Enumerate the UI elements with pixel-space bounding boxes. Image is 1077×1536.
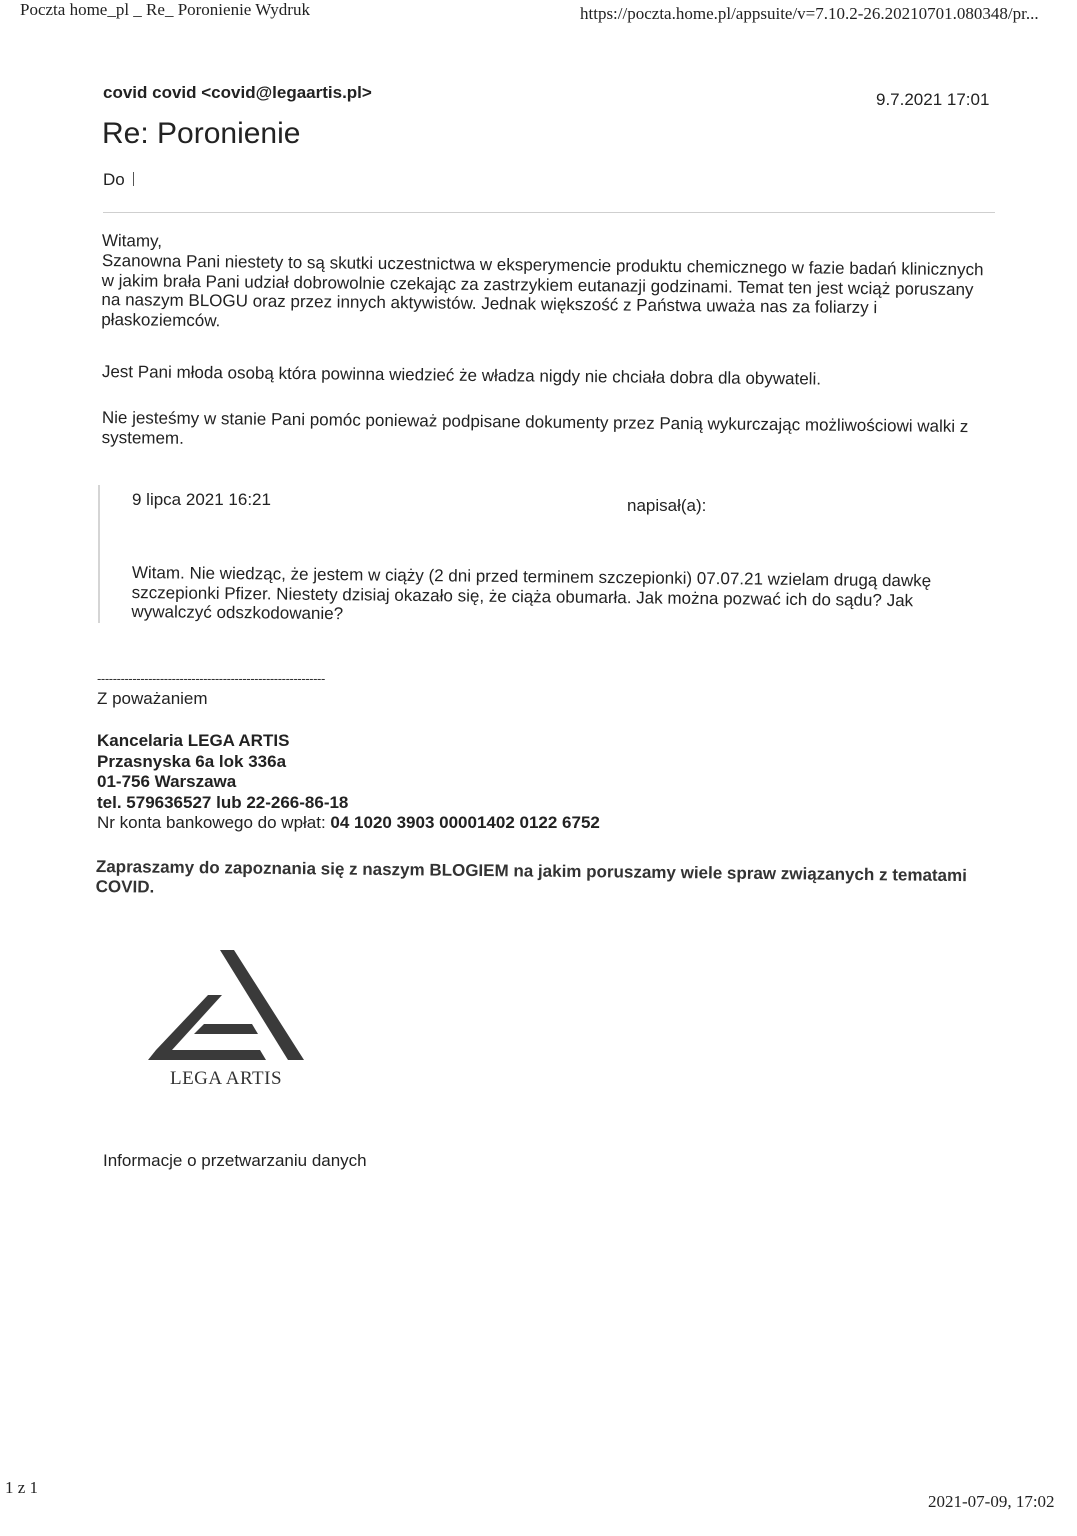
- email-to-recipient-redacted: [133, 172, 134, 186]
- print-header-url: https://poczta.home.pl/appsuite/v=7.10.2…: [580, 4, 1039, 24]
- quoted-wrote-label: napisał(a):: [627, 496, 706, 516]
- print-header-title: Poczta home_pl _ Re_ Poronienie Wydruk: [20, 0, 310, 20]
- email-date: 9.7.2021 17:01: [876, 90, 989, 110]
- print-page-count: 1 z 1: [5, 1478, 38, 1498]
- signature-bank-label: Nr konta bankowego do wpłat:: [97, 813, 330, 832]
- logo-text: LEGA ARTIS: [146, 1068, 306, 1090]
- signature-phone: tel. 579636527 lub 22-266-86-18: [97, 793, 600, 814]
- data-processing-info-link[interactable]: Informacje o przetwarzaniu danych: [103, 1151, 367, 1171]
- signature-company: Kancelaria LEGA ARTIS: [97, 731, 600, 752]
- lega-artis-logo: LEGA ARTIS: [132, 940, 312, 1092]
- signature-separator: ----------------------------------------…: [97, 671, 325, 686]
- quoted-message: 9 lipca 2021 16:21 napisał(a): Witam. Ni…: [98, 485, 1000, 623]
- signature-street: Przasnyska 6a lok 336a: [97, 752, 600, 773]
- email-to-label: Do: [103, 170, 125, 189]
- signature-regards: Z poważaniem: [97, 689, 208, 709]
- header-divider: [103, 212, 995, 213]
- body-paragraph-cannot-help: Nie jesteśmy w stanie Pani pomóc poniewa…: [102, 408, 997, 456]
- signature-blog-invite: Zapraszamy do zapoznania się z naszym BL…: [96, 857, 976, 906]
- email-sender: covid covid <covid@legaartis.pl>: [103, 83, 372, 103]
- print-timestamp: 2021-07-09, 17:02: [928, 1492, 1055, 1512]
- quoted-date: 9 lipca 2021 16:21: [132, 490, 271, 510]
- email-subject: Re: Poronienie: [102, 117, 300, 151]
- body-paragraph-young: Jest Pani młoda osobą która powinna wied…: [102, 362, 997, 391]
- lega-artis-triangle-icon: [132, 940, 312, 1070]
- signature-block: Kancelaria LEGA ARTIS Przasnyska 6a lok …: [97, 731, 600, 834]
- signature-city: 01-756 Warszawa: [97, 772, 600, 793]
- body-paragraph-main: Szanowna Pani niestety to są skutki ucze…: [101, 251, 997, 338]
- email-to-line: Do: [103, 170, 134, 190]
- signature-bank-line: Nr konta bankowego do wpłat: 04 1020 390…: [97, 813, 600, 834]
- signature-bank-account: 04 1020 3903 00001402 0122 6752: [330, 813, 599, 832]
- quoted-text: Witam. Nie wiedząc, że jestem w ciąży (2…: [131, 563, 992, 631]
